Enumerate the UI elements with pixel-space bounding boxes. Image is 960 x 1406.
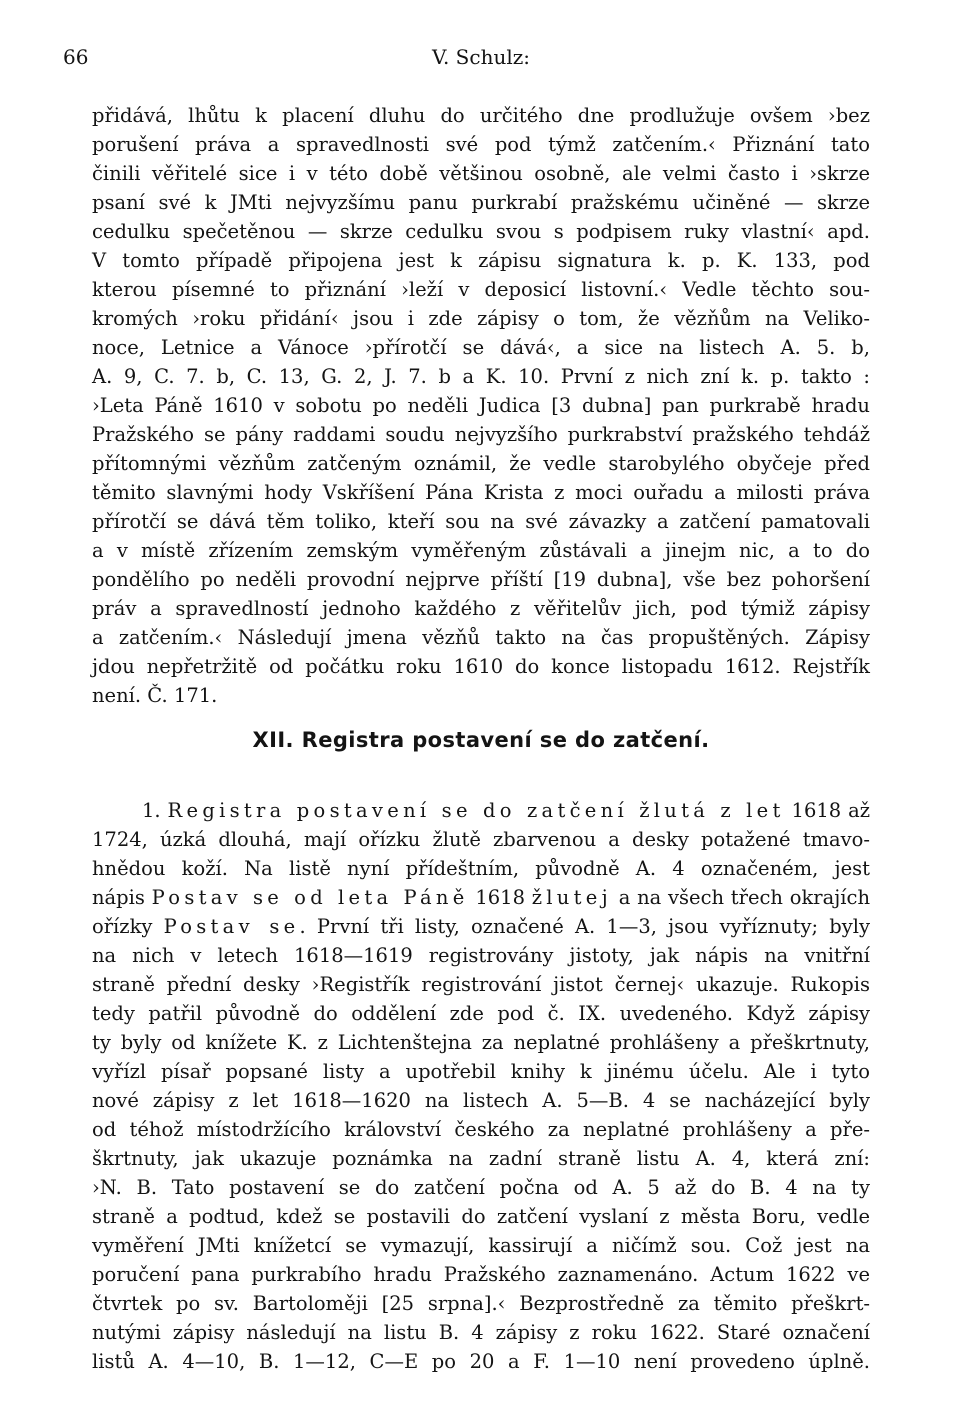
text-segment: přítomnými vězňům zatčeným oznámil, že v…	[92, 452, 870, 475]
text-line: Pražského se pány raddami soudu nejvyzší…	[92, 420, 870, 449]
paragraph-registra: 1. Registra postavení se do zatčení žlut…	[92, 796, 870, 1376]
text-segment: . První tři listy, označené A. 1—3, jsou…	[300, 915, 871, 938]
text-segment: těmito slavnými hody Vskříšení Pána Kris…	[92, 481, 870, 504]
text-segment: od téhož místodržícího království českéh…	[92, 1118, 870, 1141]
text-line: kterou písemné to přiznání ›leží v depos…	[92, 275, 870, 304]
text-segment: noce, Letnice a Vánoce ›přírotčí se dává…	[92, 336, 870, 359]
letterspaced-phrase: Postav se od leta Páně	[152, 886, 469, 909]
text-line: ›N. B. Tato postavení se do zatčení počn…	[92, 1173, 870, 1202]
text-line: kromých ›roku přidání‹ jsou i zde zápisy…	[92, 304, 870, 333]
text-line: a zatčením.‹ Následují jmena vězňů takto…	[92, 623, 870, 652]
text-segment: a na všech třech okrajích	[612, 886, 870, 909]
text-line: psaní své k JMti nejvyzšímu panu purkrab…	[92, 188, 870, 217]
text-segment: hnědou koží. Na listě nyní přídeštním, p…	[92, 857, 870, 880]
letterspaced-phrase: Registra postavení se do zatčení žlutá z…	[168, 799, 785, 822]
text-line: hnědou koží. Na listě nyní přídeštním, p…	[92, 854, 870, 883]
text-segment: 1618	[469, 886, 532, 909]
text-segment: není. Č. 171.	[92, 684, 217, 707]
text-segment: a zatčením.‹ Následují jmena vězňů takto…	[92, 626, 870, 649]
text-line: těmito slavnými hody Vskříšení Pána Kris…	[92, 478, 870, 507]
text-segment: tedy patřil původně do oddělení zde pod …	[92, 1002, 870, 1025]
text-line: poručení pana purkrabího hradu Pražského…	[92, 1260, 870, 1289]
text-line: vyměření JMti knížetcí se vymazují, kass…	[92, 1231, 870, 1260]
text-line: na nich v letech 1618—1619 registrovány …	[92, 941, 870, 970]
text-line: přírotčí se dává těm toliko, kteří sou n…	[92, 507, 870, 536]
text-segment: psaní své k JMti nejvyzšímu panu purkrab…	[92, 191, 870, 214]
text-segment: jdou nepřetržitě od počátku roku 1610 do…	[92, 655, 870, 678]
text-line: přidává, lhůtu k placení dluhu do určité…	[92, 101, 870, 130]
text-segment: přidává, lhůtu k placení dluhu do určité…	[92, 104, 870, 127]
text-line: ›Leta Páně 1610 v sobotu po neděli Judic…	[92, 391, 870, 420]
running-title: V. Schulz:	[92, 45, 870, 69]
text-segment: 1618 až	[785, 799, 870, 822]
text-segment: nápis	[92, 886, 152, 909]
paragraph-continuation: přidává, lhůtu k placení dluhu do určité…	[92, 101, 870, 710]
text-segment: A. 9, C. 7. b, C. 13, G. 2, J. 7. b a K.…	[92, 365, 870, 388]
text-segment: pondělího po neděli provodní nejprve pří…	[92, 568, 870, 591]
text-line: A. 9, C. 7. b, C. 13, G. 2, J. 7. b a K.…	[92, 362, 870, 391]
text-line: listů A. 4—10, B. 1—12, C—E po 20 a F. 1…	[92, 1347, 870, 1376]
text-line: ty byly od knížete K. z Lichtenštejna za…	[92, 1028, 870, 1057]
text-segment: kromých ›roku přidání‹ jsou i zde zápisy…	[92, 307, 870, 330]
text-segment: V tomto případě připojena jest k zápisu …	[92, 249, 870, 272]
text-line: straně přední desky ›Registřík registrov…	[92, 970, 870, 999]
text-line: vyřízl písař popsané listy a upotřebil k…	[92, 1057, 870, 1086]
text-segment: nové zápisy z let 1618—1620 na listech A…	[92, 1089, 870, 1112]
text-segment: a v místě zřízením zemským vyměřeným zůs…	[92, 539, 870, 562]
text-segment: ›N. B. Tato postavení se do zatčení počn…	[92, 1176, 870, 1199]
text-line: od téhož místodržícího království českéh…	[92, 1115, 870, 1144]
text-segment: ty byly od knížete K. z Lichtenštejna za…	[92, 1031, 870, 1054]
text-line: 1. Registra postavení se do zatčení žlut…	[92, 796, 870, 825]
text-line: jdou nepřetržitě od počátku roku 1610 do…	[92, 652, 870, 681]
letterspaced-phrase: Postav se	[164, 915, 300, 938]
text-line: přítomnými vězňům zatčeným oznámil, že v…	[92, 449, 870, 478]
section-heading: XII. Registra postavení se do zatčení.	[92, 725, 870, 755]
text-segment: přírotčí se dává těm toliko, kteří sou n…	[92, 510, 870, 533]
text-segment: porušení práva a spravedlnosti své pod t…	[92, 133, 870, 156]
text-line: čtvrtek po sv. Bartoloměji [25 srpna].‹ …	[92, 1289, 870, 1318]
text-segment: vyměření JMti knížetcí se vymazují, kass…	[92, 1234, 870, 1257]
text-line: není. Č. 171.	[92, 681, 870, 710]
text-segment: kterou písemné to přiznání ›leží v depos…	[92, 278, 870, 301]
text-line: práv a spravedlností jednoho každého z v…	[92, 594, 870, 623]
book-page: 66 V. Schulz: přidává, lhůtu k placení d…	[0, 0, 960, 1406]
text-segment: čtvrtek po sv. Bartoloměji [25 srpna].‹ …	[92, 1292, 870, 1315]
text-segment: ořízky	[92, 915, 164, 938]
text-line: ořízky Postav se. První tři listy, označ…	[92, 912, 870, 941]
text-line: noce, Letnice a Vánoce ›přírotčí se dává…	[92, 333, 870, 362]
text-line: nové zápisy z let 1618—1620 na listech A…	[92, 1086, 870, 1115]
text-line: škrtnuty, jak ukazuje poznámka na zadní …	[92, 1144, 870, 1173]
text-segment: škrtnuty, jak ukazuje poznámka na zadní …	[92, 1147, 870, 1170]
text-segment: listů A. 4—10, B. 1—12, C—E po 20 a F. 1…	[92, 1350, 870, 1373]
text-line: tedy patřil původně do oddělení zde pod …	[92, 999, 870, 1028]
text-line: činili věřitelé sice i v této době větši…	[92, 159, 870, 188]
text-segment: ›Leta Páně 1610 v sobotu po neděli Judic…	[92, 394, 870, 417]
text-segment: vyřízl písař popsané listy a upotřebil k…	[92, 1060, 870, 1083]
text-segment: práv a spravedlností jednoho každého z v…	[92, 597, 870, 620]
text-segment: straně a podtud, kdež se postavili do za…	[92, 1205, 870, 1228]
text-line: nápis Postav se od leta Páně 1618 žlutej…	[92, 883, 870, 912]
text-segment: na nich v letech 1618—1619 registrovány …	[92, 944, 870, 967]
text-segment: Pražského se pány raddami soudu nejvyzší…	[92, 423, 870, 446]
text-line: nutými zápisy následují na listu B. 4 zá…	[92, 1318, 870, 1347]
text-line: porušení práva a spravedlnosti své pod t…	[92, 130, 870, 159]
text-segment: nutými zápisy následují na listu B. 4 zá…	[92, 1321, 870, 1344]
text-segment: 1.	[142, 799, 168, 822]
page-number: 66	[63, 45, 88, 69]
text-segment: cedulku spečetěnou — skrze cedulku svou …	[92, 220, 870, 243]
text-line: V tomto případě připojena jest k zápisu …	[92, 246, 870, 275]
text-segment: 1724, úzká dlouhá, mají ořízku žlutě zba…	[92, 828, 870, 851]
text-line: cedulku spečetěnou — skrze cedulku svou …	[92, 217, 870, 246]
text-segment: straně přední desky ›Registřík registrov…	[92, 973, 870, 996]
text-line: pondělího po neděli provodní nejprve pří…	[92, 565, 870, 594]
text-segment: činili věřitelé sice i v této době větši…	[92, 162, 870, 185]
letterspaced-phrase: žlutej	[532, 886, 612, 909]
text-line: straně a podtud, kdež se postavili do za…	[92, 1202, 870, 1231]
text-line: a v místě zřízením zemským vyměřeným zůs…	[92, 536, 870, 565]
text-line: 1724, úzká dlouhá, mají ořízku žlutě zba…	[92, 825, 870, 854]
text-segment: poručení pana purkrabího hradu Pražského…	[92, 1263, 870, 1286]
